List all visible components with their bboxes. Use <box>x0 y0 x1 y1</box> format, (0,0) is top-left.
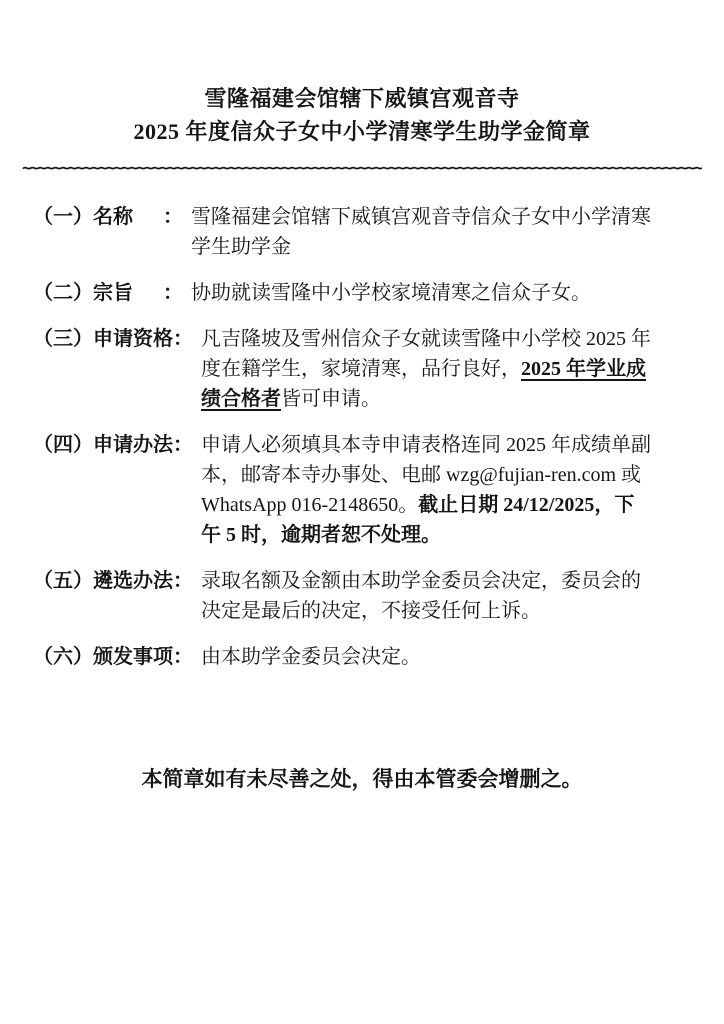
email-text: wzg@fujian-ren.com <box>446 464 616 486</box>
section-head: （五）遴选办法 ： <box>33 566 193 596</box>
body-text-run: 协助就读雪隆中小学校家境清寒之信众子女。 <box>191 282 591 304</box>
section-colon: ： <box>173 642 193 672</box>
footer-note: 本简章如有未尽善之处，得由本管委会增删之。 <box>0 764 724 794</box>
section-item-eligibility: （三）申请资格 ： 凡吉隆坡及雪州信众子女就读雪隆中小学校 2025 年度在籍学… <box>33 324 654 414</box>
document-title: 雪隆福建会馆辖下威镇宫观音寺 2025 年度信众子女中小学清寒学生助学金简章 <box>0 82 724 148</box>
section-label: （一）名称 <box>33 202 133 232</box>
body-text-run: 由本助学金委员会决定。 <box>201 646 421 668</box>
section-head: （四）申请办法 ： <box>33 430 193 460</box>
section-label: （二）宗旨 <box>33 278 133 308</box>
section-colon: ： <box>173 324 193 354</box>
section-label: （四）申请办法 <box>33 430 173 460</box>
section-body: 由本助学金委员会决定。 <box>201 642 654 672</box>
section-colon: ： <box>163 278 183 308</box>
section-head: （二）宗旨 ： <box>33 278 183 308</box>
phone-text: 016-2148650 <box>292 494 399 516</box>
body-text-run: 。 <box>398 494 418 516</box>
section-colon: ： <box>163 202 183 232</box>
section-label: （六）颁发事项 <box>33 642 173 672</box>
squiggly-divider: ~~~~~~~~~~~~~~~~~~~~~~~~~~~~~~~~~~~~~~~~… <box>22 160 702 178</box>
body-text-run: 皆可申请。 <box>281 388 381 410</box>
section-body: 雪隆福建会馆辖下威镇宫观音寺信众子女中小学清寒学生助学金 <box>191 202 654 262</box>
document-title-line1: 雪隆福建会馆辖下威镇宫观音寺 <box>0 82 724 115</box>
section-head: （三）申请资格 ： <box>33 324 193 354</box>
section-item-selection-method: （五）遴选办法 ： 录取名额及金额由本助学金委员会决定，委员会的决定是最后的决定… <box>33 566 654 626</box>
section-item-application-method: （四）申请办法 ： 申请人必须填具本寺申请表格连同 2025 年成绩单副本，邮寄… <box>33 430 654 550</box>
section-item-name: （一）名称 ： 雪隆福建会馆辖下威镇宫观音寺信众子女中小学清寒学生助学金 <box>33 202 654 262</box>
section-colon: ： <box>173 566 193 596</box>
section-body: 凡吉隆坡及雪州信众子女就读雪隆中小学校 2025 年度在籍学生，家境清寒，品行良… <box>201 324 654 414</box>
body-text-run: 录取名额及金额由本助学金委员会决定，委员会的决定是最后的决定，不接受任何上诉。 <box>201 570 641 622</box>
section-item-award-matters: （六）颁发事项 ： 由本助学金委员会决定。 <box>33 642 654 672</box>
section-head: （六）颁发事项 ： <box>33 642 193 672</box>
section-list: （一）名称 ： 雪隆福建会馆辖下威镇宫观音寺信众子女中小学清寒学生助学金 （二）… <box>33 202 654 672</box>
body-text-run: 雪隆福建会馆辖下威镇宫观音寺信众子女中小学清寒学生助学金 <box>191 206 651 258</box>
section-label: （三）申请资格 <box>33 324 173 354</box>
section-body: 申请人必须填具本寺申请表格连同 2025 年成绩单副本，邮寄本寺办事处、电邮 w… <box>201 430 654 550</box>
section-body: 录取名额及金额由本助学金委员会决定，委员会的决定是最后的决定，不接受任何上诉。 <box>201 566 654 626</box>
section-colon: ： <box>173 430 193 460</box>
document-title-line2: 2025 年度信众子女中小学清寒学生助学金简章 <box>0 115 724 148</box>
section-item-purpose: （二）宗旨 ： 协助就读雪隆中小学校家境清寒之信众子女。 <box>33 278 654 308</box>
section-head: （一）名称 ： <box>33 202 183 232</box>
document-page: 雪隆福建会馆辖下威镇宫观音寺 2025 年度信众子女中小学清寒学生助学金简章 ~… <box>0 0 724 1024</box>
section-label: （五）遴选办法 <box>33 566 173 596</box>
section-body: 协助就读雪隆中小学校家境清寒之信众子女。 <box>191 278 654 308</box>
